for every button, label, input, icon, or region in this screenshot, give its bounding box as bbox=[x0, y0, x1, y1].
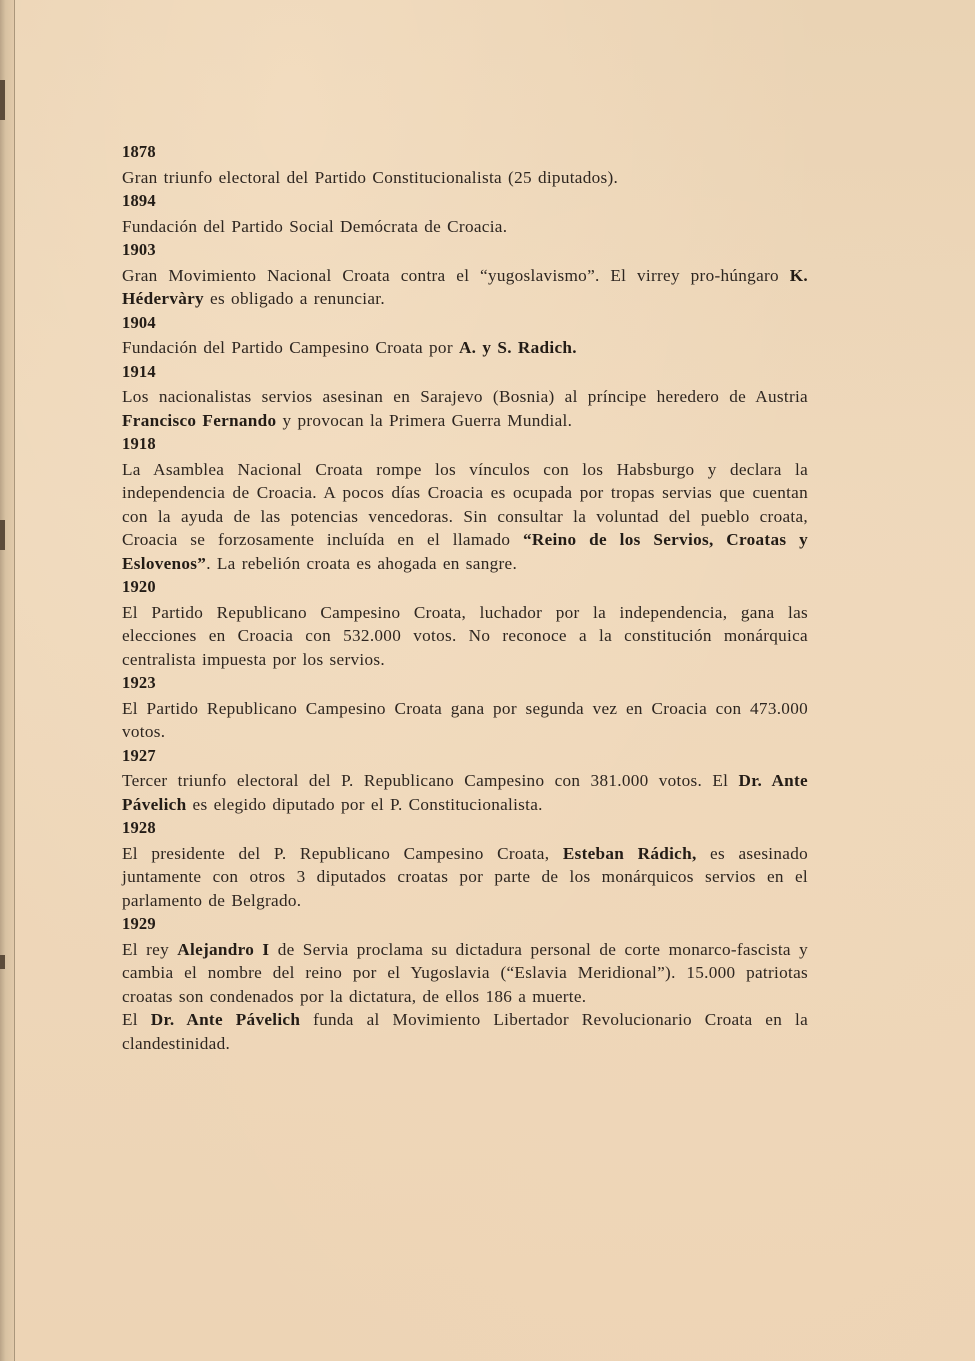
timeline-entry: 1878Gran triunfo electoral del Partido C… bbox=[122, 140, 808, 189]
text-run: es elegido diputado por el P. Constituci… bbox=[186, 795, 542, 814]
text-run: Gran Movimiento Nacional Croata contra e… bbox=[122, 266, 790, 285]
spine-mark bbox=[0, 520, 5, 550]
entry-text: Los nacionalistas servios asesinan en Sa… bbox=[122, 385, 808, 432]
bold-name: Alejandro I bbox=[177, 940, 269, 959]
text-run: . La rebelión croata es ahogada en sangr… bbox=[206, 554, 517, 573]
timeline-entry: 1927Tercer triunfo electoral del P. Repu… bbox=[122, 744, 808, 817]
entry-text: La Asamblea Nacional Croata rompe los ví… bbox=[122, 458, 808, 576]
timeline-entry: 1929El rey Alejandro I de Servia proclam… bbox=[122, 912, 808, 1055]
chronology-timeline: 1878Gran triunfo electoral del Partido C… bbox=[122, 140, 808, 1055]
year-heading: 1918 bbox=[122, 432, 808, 456]
year-heading: 1904 bbox=[122, 311, 808, 335]
year-heading: 1894 bbox=[122, 189, 808, 213]
timeline-entry: 1920El Partido Republicano Campesino Cro… bbox=[122, 575, 808, 671]
year-heading: 1878 bbox=[122, 140, 808, 164]
timeline-entry: 1923El Partido Republicano Campesino Cro… bbox=[122, 671, 808, 744]
bold-name: Dr. Ante Pávelich bbox=[151, 1010, 300, 1029]
entry-text: Gran Movimiento Nacional Croata contra e… bbox=[122, 264, 808, 311]
timeline-entry: 1928El presidente del P. Republicano Cam… bbox=[122, 816, 808, 912]
text-run: El rey bbox=[122, 940, 177, 959]
entry-text: El rey Alejandro I de Servia proclama su… bbox=[122, 938, 808, 1009]
text-run: Fundación del Partido Social Demócrata d… bbox=[122, 217, 507, 236]
entry-text: El Partido Republicano Campesino Croata … bbox=[122, 697, 808, 744]
timeline-entry: 1894Fundación del Partido Social Demócra… bbox=[122, 189, 808, 238]
spine-mark bbox=[0, 80, 5, 120]
year-heading: 1920 bbox=[122, 575, 808, 599]
entry-text: El presidente del P. Republicano Campesi… bbox=[122, 842, 808, 913]
entry-text: Fundación del Partido Social Demócrata d… bbox=[122, 215, 808, 239]
spine-mark bbox=[0, 955, 5, 969]
year-heading: 1929 bbox=[122, 912, 808, 936]
entry-text: El Partido Republicano Campesino Croata,… bbox=[122, 601, 808, 672]
text-run: Fundación del Partido Campesino Croata p… bbox=[122, 338, 459, 357]
text-run: Gran triunfo electoral del Partido Const… bbox=[122, 168, 618, 187]
entry-text: El Dr. Ante Pávelich funda al Movimiento… bbox=[122, 1008, 808, 1055]
text-run: Tercer triunfo electoral del P. Republic… bbox=[122, 771, 739, 790]
text-run: Los nacionalistas servios asesinan en Sa… bbox=[122, 387, 808, 406]
year-heading: 1928 bbox=[122, 816, 808, 840]
timeline-entry: 1914Los nacionalistas servios asesinan e… bbox=[122, 360, 808, 433]
entry-text: Gran triunfo electoral del Partido Const… bbox=[122, 166, 808, 190]
scanned-page: 1878Gran triunfo electoral del Partido C… bbox=[0, 0, 975, 1361]
text-run: El Partido Republicano Campesino Croata … bbox=[122, 699, 808, 742]
year-heading: 1914 bbox=[122, 360, 808, 384]
bold-name: Esteban Rádich, bbox=[563, 844, 697, 863]
text-run: El presidente del P. Republicano Campesi… bbox=[122, 844, 563, 863]
year-heading: 1923 bbox=[122, 671, 808, 695]
timeline-entry: 1918La Asamblea Nacional Croata rompe lo… bbox=[122, 432, 808, 575]
bold-name: Francisco Fernando bbox=[122, 411, 276, 430]
year-heading: 1927 bbox=[122, 744, 808, 768]
text-run: El Partido Republicano Campesino Croata,… bbox=[122, 603, 808, 669]
text-run: y provocan la Primera Guerra Mundial. bbox=[276, 411, 572, 430]
timeline-entry: 1903Gran Movimiento Nacional Croata cont… bbox=[122, 238, 808, 311]
entry-text: Fundación del Partido Campesino Croata p… bbox=[122, 336, 808, 360]
year-heading: 1903 bbox=[122, 238, 808, 262]
bold-name: A. y S. Radich. bbox=[459, 338, 577, 357]
text-run: El bbox=[122, 1010, 151, 1029]
timeline-entry: 1904Fundación del Partido Campesino Croa… bbox=[122, 311, 808, 360]
text-run: es obligado a renunciar. bbox=[204, 289, 385, 308]
book-spine-edge bbox=[0, 0, 15, 1361]
entry-text: Tercer triunfo electoral del P. Republic… bbox=[122, 769, 808, 816]
